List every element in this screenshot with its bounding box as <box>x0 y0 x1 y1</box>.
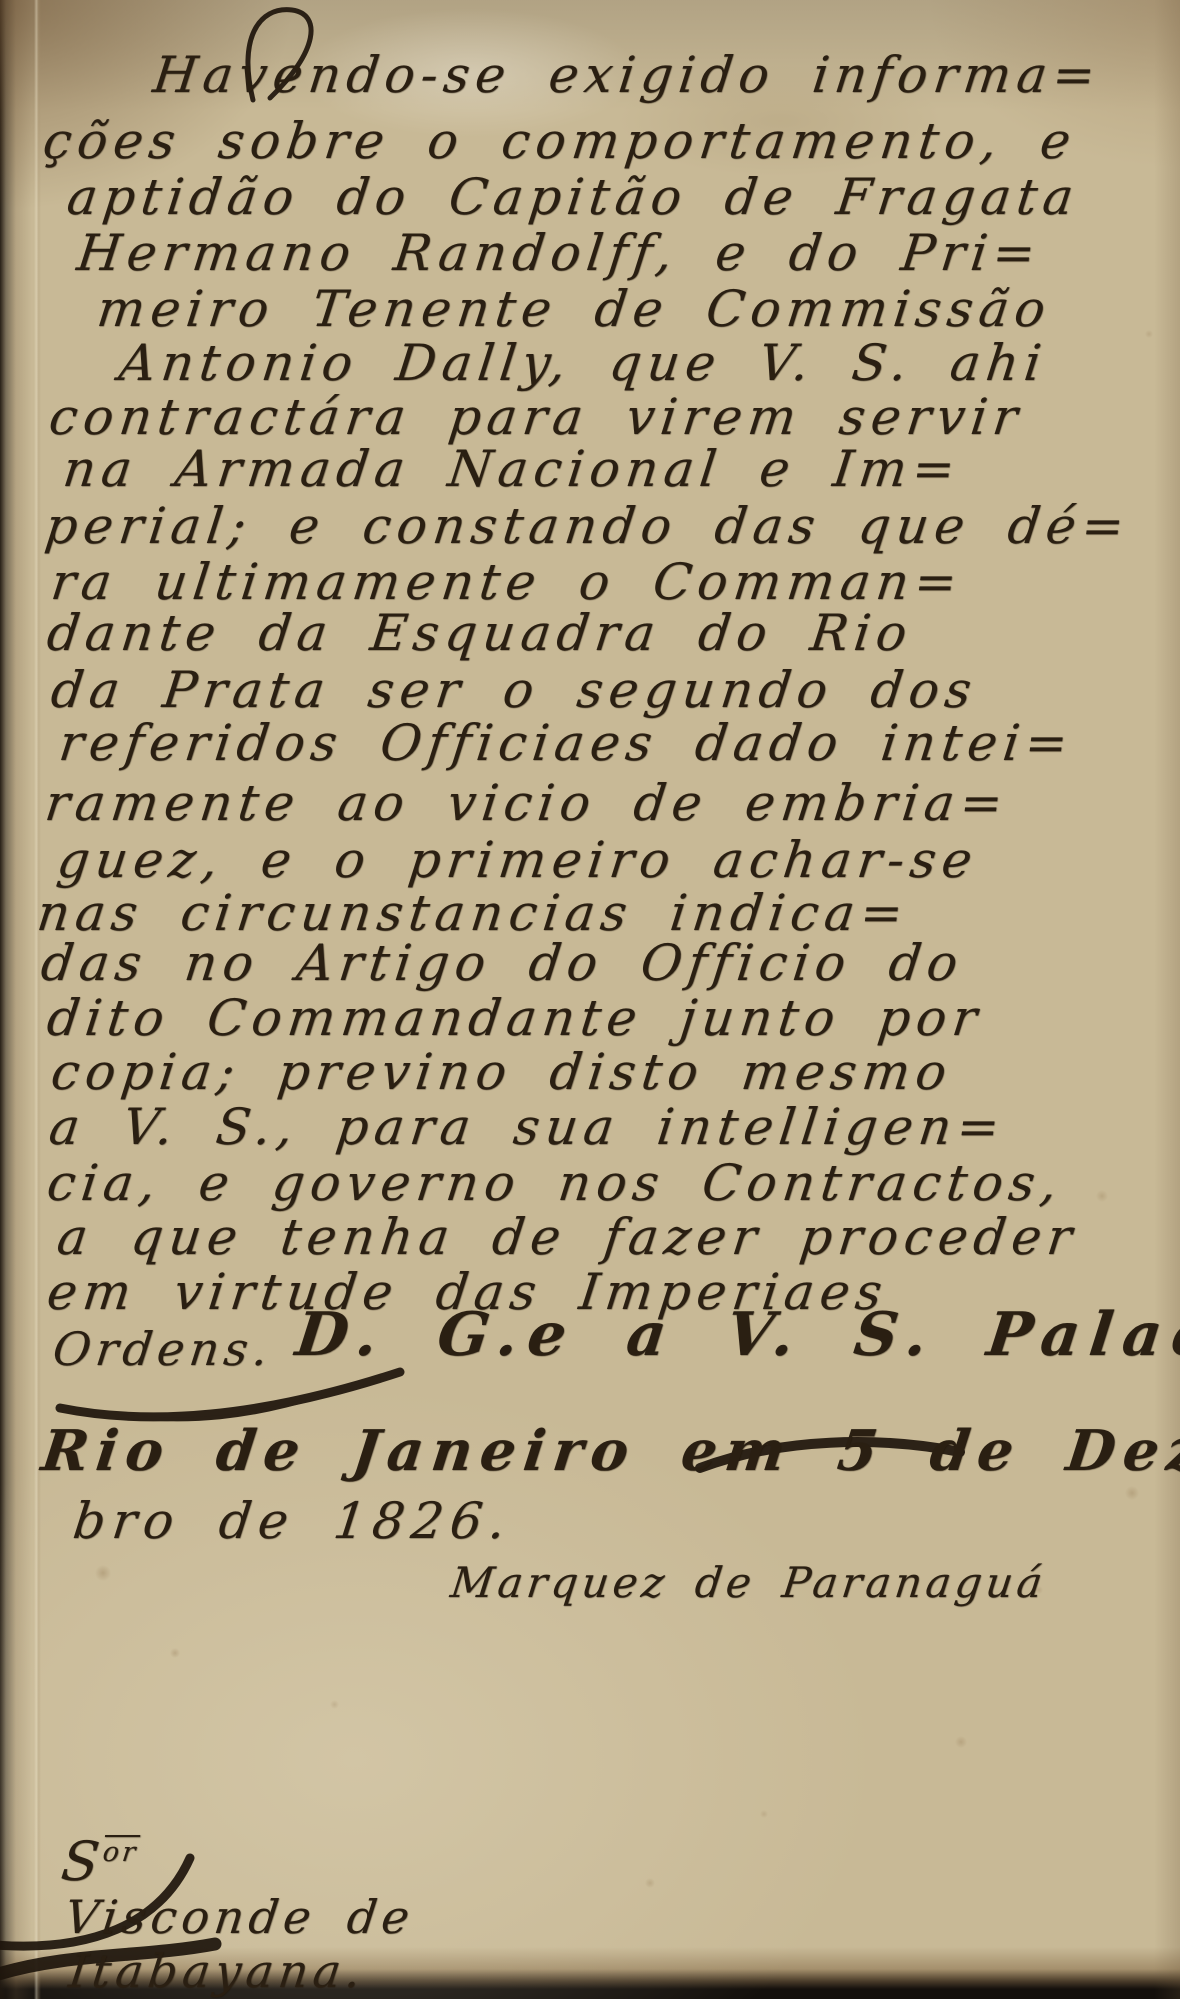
foxing-spot <box>170 1648 180 1658</box>
addressee-line-1: Visconde de <box>62 1890 417 1944</box>
manuscript-line: cia, e governo nos Contractos, <box>44 1154 1066 1212</box>
foxing-spot <box>955 1736 967 1748</box>
foxing-spot <box>330 1700 339 1709</box>
manuscript-line: meiro Tenente de Commissão <box>94 280 1055 338</box>
manuscript-page: Havendo-se exigido informa= ções sobre o… <box>0 0 1180 1999</box>
manuscript-line: perial; e constando das que dé= <box>42 497 1133 555</box>
addressee-line-2: Itabayana. <box>66 1944 369 1998</box>
manuscript-line: dante da Esquadra do Rio <box>44 604 916 662</box>
manuscript-line: a V. S., para sua intelligen= <box>46 1098 1009 1156</box>
addressee-honorific-superscript: or <box>101 1837 140 1868</box>
manuscript-line: ções sobre o comportamento, e <box>40 112 1080 170</box>
dateline-line-2: bro de 1826. <box>70 1492 516 1550</box>
dateline-line-1: Rio de Janeiro em 5 de Dezem= <box>38 1418 1180 1484</box>
manuscript-line: guez, e o primeiro achar-se <box>54 831 981 889</box>
manuscript-line: dito Commandante junto por <box>44 989 986 1047</box>
valediction-underline-swash-thin <box>120 1396 320 1419</box>
manuscript-line: Antonio Dally, que V. S. ahi <box>116 334 1050 392</box>
manuscript-line: copia; previno disto mesmo <box>48 1043 956 1101</box>
closing-word: Ordens. <box>50 1322 276 1376</box>
valediction-underline-swash <box>60 1372 400 1417</box>
manuscript-line: contractára para virem servir <box>46 388 1026 446</box>
valediction: D. G.e a V. S. Palacio do <box>292 1300 1180 1370</box>
addressee-honorific: Sor <box>58 1830 141 1893</box>
foxing-spot <box>645 1878 655 1888</box>
foxing-spot <box>1125 1486 1139 1500</box>
manuscript-line: Hermano Randolff, e do Pri= <box>74 224 1044 282</box>
manuscript-line: na Armada Nacional e Im= <box>60 440 964 498</box>
manuscript-line: ra ultimamente o Comman= <box>48 553 966 611</box>
manuscript-line: Havendo-se exigido informa= <box>150 46 1104 104</box>
addressee-honorific-main: S <box>58 1830 106 1893</box>
manuscript-line: referidos Officiaes dado intei= <box>56 714 1077 772</box>
manuscript-line: a que tenha de fazer proceder <box>54 1208 1081 1266</box>
manuscript-line: aptidão do Capitão de Fragata <box>64 168 1082 226</box>
foxing-spot <box>1145 330 1153 338</box>
paper-crease <box>34 0 41 1999</box>
manuscript-line: ramente ao vicio de embria= <box>42 774 1012 832</box>
foxing-spot <box>760 1810 768 1818</box>
foxing-spot <box>95 1565 111 1581</box>
foxing-spot <box>1096 1190 1108 1202</box>
signature-text: Marquez de Paranaguá <box>448 1558 1049 1607</box>
manuscript-line: das no Artigo do Officio do <box>38 934 967 992</box>
manuscript-line: da Prata ser o segundo dos <box>48 661 980 719</box>
